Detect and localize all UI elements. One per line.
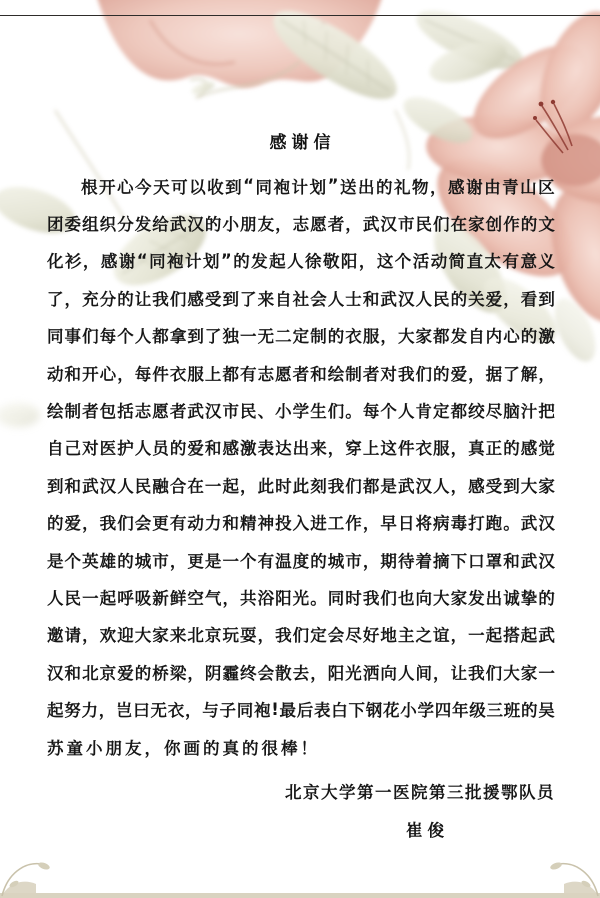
- letter-line: 团委组织分发给武汉的小朋友，志愿者，武汉市民们在家创作的文: [47, 204, 555, 241]
- top-border-line: [0, 15, 600, 16]
- letter-line: 苏童小朋友，你画的真的很棒！: [47, 728, 555, 765]
- letter-line: 邀请，欢迎大家来北京玩耍，我们定会尽好地主之谊，一起搭起武: [47, 616, 555, 653]
- letter-line: 同事们每个人都拿到了独一无二定制的衣服，大家都发自内心的激: [47, 317, 555, 354]
- letter-line: 汉和北京爱的桥梁，阴霾终会散去，阳光洒向人间，让我们大家一: [47, 653, 555, 690]
- bottom-right-tendril: [549, 861, 598, 896]
- bottom-left-tendril: [2, 861, 51, 896]
- top-left-pink-flower: [95, 0, 384, 88]
- letter-page: 感谢信 根开心今天可以收到“同袍计划”送出的礼物，感谢由青山区团委组织分发给武汉…: [0, 0, 600, 898]
- letter-title: 感谢信: [0, 128, 600, 153]
- bottom-border-decoration: [0, 861, 600, 898]
- signature-organization: 北京大学第一医院第三批援鄂队员: [47, 779, 555, 803]
- letter-line: 人民一起呼吸新鲜空气，共浴阳光。同时我们也向大家发出诚挚的: [47, 578, 555, 615]
- letter-body: 根开心今天可以收到“同袍计划”送出的礼物，感谢由青山区团委组织分发给武汉的小朋友…: [47, 167, 555, 765]
- letter-line: 根开心今天可以收到“同袍计划”送出的礼物，感谢由青山区: [47, 167, 555, 204]
- letter-line: 化衫，感谢“同袍计划”的发起人徐敬阳，这个活动简直太有意义: [47, 242, 555, 279]
- letter-line: 动和开心，每件衣服上都有志愿者和绘制者对我们的爱，据了解，: [47, 354, 555, 391]
- letter-line: 自己对医护人员的爱和感激表达出来，穿上这件衣服，真正的感觉: [47, 429, 555, 466]
- letter-line: 的爱，我们会更有动力和精神投入进工作，早日将病毒打跑。武汉: [47, 504, 555, 541]
- letter-line: 了，充分的让我们感受到了来自社会人士和武汉人民的关爱，看到: [47, 279, 555, 316]
- letter-line: 绘制者包括志愿者武汉市民、小学生们。每个人肯定都绞尽脑汁把: [47, 391, 555, 428]
- letter-line: 到和武汉人民融合在一起，此时此刻我们都是武汉人，感受到大家: [47, 466, 555, 503]
- letter-line: 起努力，岂曰无衣，与子同袍!最后表白下钢花小学四年级三班的吴: [47, 690, 555, 727]
- signature-name: 崔俊: [47, 817, 555, 841]
- letter-line: 是个英雄的城市，更是一个有温度的城市，期待着摘下口罩和武汉: [47, 541, 555, 578]
